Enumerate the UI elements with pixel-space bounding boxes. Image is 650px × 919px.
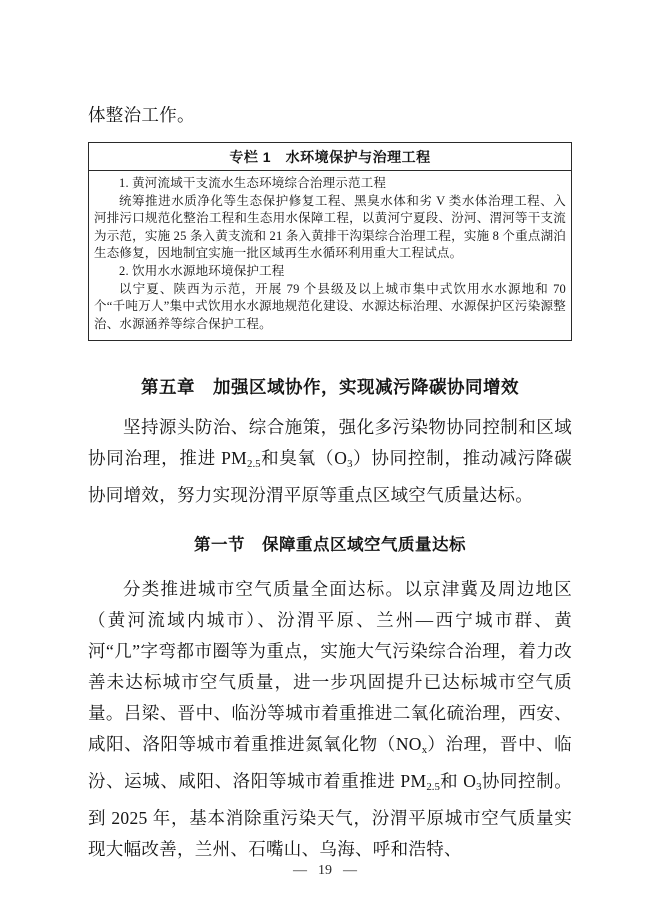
chapter-heading: 第五章 加强区域协作，实现减污降碳协同增效	[88, 374, 572, 400]
paragraph-intro: 体整治工作。	[88, 102, 572, 128]
text-segment: 和臭氧（O	[261, 448, 348, 468]
column-box: 专栏 1 水环境保护与治理工程 1. 黄河流域干支流水生态环境综合治理示范工程 …	[88, 142, 572, 341]
text-subscript: 2.5	[247, 458, 261, 470]
text-subscript: 2.5	[426, 781, 440, 793]
text-segment: 和 O	[440, 771, 476, 791]
paragraph-chapter-body: 坚持源头防治、综合施策，强化多污染物协同控制和区域协同治理，推进 PM2.5和臭…	[88, 412, 572, 511]
footer-dash-left: —	[293, 863, 307, 879]
document-page: 体整治工作。 专栏 1 水环境保护与治理工程 1. 黄河流域干支流水生态环境综合…	[0, 0, 650, 919]
footer-dash-right: —	[343, 863, 357, 879]
column-box-body: 1. 黄河流域干支流水生态环境综合治理示范工程 统筹推进水质净化等生态保护修复工…	[89, 171, 571, 340]
text-segment: 分类推进城市空气质量全面达标。以京津冀及周边地区（黄河流域内城市）、汾渭平原、兰…	[88, 579, 572, 754]
page-footer: — 19 —	[0, 863, 650, 879]
box-item-heading-1: 1. 黄河流域干支流水生态环境综合治理示范工程	[94, 175, 566, 193]
box-item-heading-2: 2. 饮用水水源地环境保护工程	[94, 263, 566, 281]
paragraph-section-body: 分类推进城市空气质量全面达标。以京津冀及周边地区（黄河流域内城市）、汾渭平原、兰…	[88, 574, 572, 865]
section-heading: 第一节 保障重点区域空气质量达标	[88, 533, 572, 557]
box-item-body-2: 以宁夏、陕西为示范，开展 79 个县级及以上城市集中式饮用水水源地和 70 个“…	[94, 281, 566, 334]
column-box-title: 专栏 1 水环境保护与治理工程	[89, 143, 571, 171]
box-item-body-1: 统筹推进水质净化等生态保护修复工程、黑臭水体和劣 V 类水体治理工程、入河排污口…	[94, 193, 566, 263]
page-number: 19	[318, 863, 332, 879]
